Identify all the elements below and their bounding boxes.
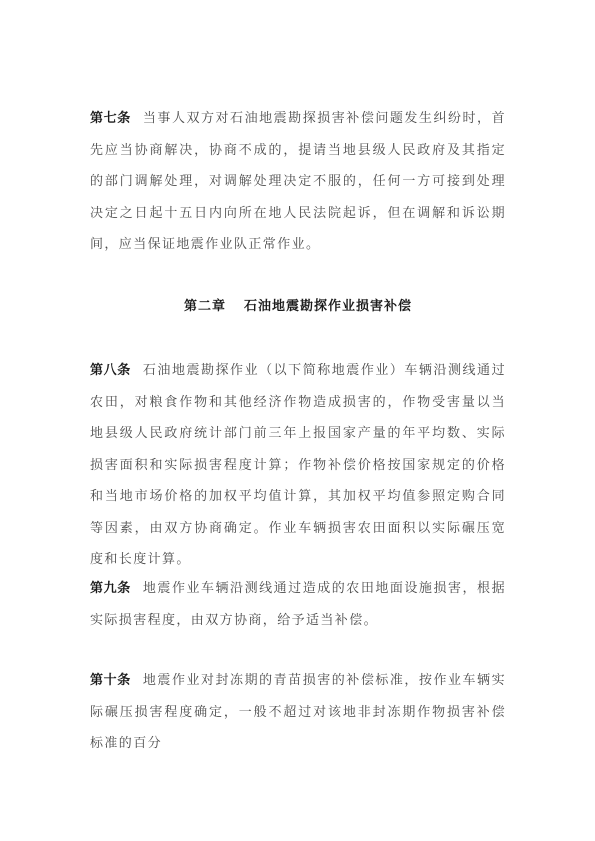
- article-label: 第十条: [90, 673, 131, 688]
- article-text: 地震作业车辆沿测线通过造成的农田地面设施损害，根据实际损害程度，由双方协商，给予…: [90, 581, 506, 628]
- chapter-heading: 第二章石油地震勘探作业损害补偿: [90, 297, 506, 317]
- article-text: 石油地震勘探作业（以下简称地震作业）车辆沿测线通过农田，对粮食作物和其他经济作物…: [90, 363, 506, 567]
- article-label: 第八条: [90, 363, 131, 378]
- article-text: 地震作业对封冻期的青苗损害的补偿标准，按作业车辆实际碾压损害程度确定，一般不超过…: [90, 673, 506, 751]
- article-label: 第九条: [90, 581, 131, 596]
- chapter-number: 第二章: [184, 299, 226, 314]
- article-text: 当事人双方对石油地震勘探损害补偿问题发生纠纷时，首先应当协商解决，协商不成的，提…: [90, 111, 506, 252]
- chapter-title: 石油地震勘探作业损害补偿: [244, 299, 412, 314]
- article-label: 第七条: [90, 111, 131, 126]
- article-9: 第九条地震作业车辆沿测线通过造成的农田地面设施损害，根据实际损害程度，由双方协商…: [90, 573, 506, 636]
- article-8: 第八条石油地震勘探作业（以下简称地震作业）车辆沿测线通过农田，对粮食作物和其他经…: [90, 355, 506, 576]
- article-7: 第七条当事人双方对石油地震勘探损害补偿问题发生纠纷时，首先应当协商解决，协商不成…: [90, 103, 506, 261]
- article-10: 第十条地震作业对封冻期的青苗损害的补偿标准，按作业车辆实际碾压损害程度确定，一般…: [90, 665, 506, 760]
